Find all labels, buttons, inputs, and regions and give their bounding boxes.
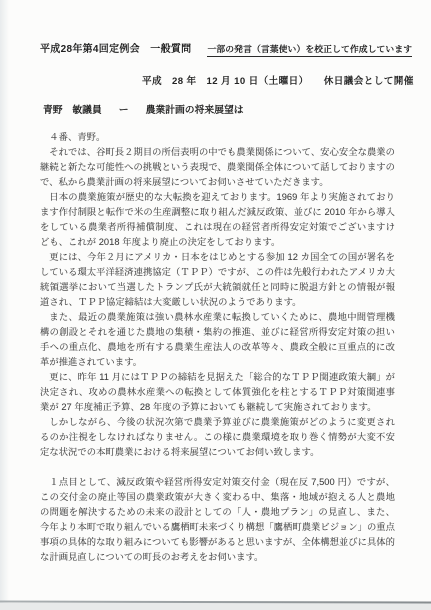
paragraph-3: 日本の農業施策が歴史的な大転換を迎えております。1969 年より実施されておりま… <box>40 190 395 250</box>
dash-separator: ー <box>119 105 129 116</box>
paragraph-4: 更には、今年２月にアメリカ・日本をはじめとする参加 12 カ国全ての国が署名をし… <box>40 250 395 310</box>
session-title: 平成28年第4回定例会 一般質問 <box>40 40 191 55</box>
paragraph-7: しかしながら、今後の状況次第で農業予算並びに農業施策がどのように変更されるのか注… <box>40 415 395 460</box>
speaker-topic-line: 青野 敏議員ー農業計画の将来展望は <box>43 102 395 116</box>
speaker-name: 青野 敏議員 <box>43 105 102 116</box>
paragraph-2: それでは、谷町長２期目の所信表明の中でも農業関係について、安心安全な農業の継続と… <box>40 145 395 190</box>
question-topic: 農業計画の将来展望は <box>146 105 244 116</box>
scanned-document-page: 平成28年第4回定例会 一般質問 一部の発言（言葉使い）を校正して作成しています… <box>0 0 431 610</box>
correction-note-underlined: 一部の発言（言葉使い）を校正して作成しています <box>207 42 412 57</box>
paragraph-8: １点目として、減反政策や経営所得安定対策交付金（現在反 7,500 円）ですが、… <box>40 475 395 565</box>
meeting-date-line: 平成 28 年 12 月 10 日（土曜日） 休日議会として開催 <box>142 73 395 87</box>
paragraph-6: 更に、昨年 11 月にはＴＰＰの締結を見据えた「総合的なＴＰＰ関連政策大綱」が決… <box>40 370 395 415</box>
document-title-line: 平成28年第4回定例会 一般質問 一部の発言（言葉使い）を校正して作成しています <box>40 40 395 57</box>
scan-bottom-edge <box>0 603 431 610</box>
paragraph-1: ４番、青野。 <box>40 130 395 145</box>
paragraph-5: また、最近の農業施策は強い農林水産業に転換していくために、農地中間管理機構の創設… <box>40 310 395 370</box>
document-body: ４番、青野。 それでは、谷町長２期目の所信表明の中でも農業関係について、安心安全… <box>40 130 395 565</box>
